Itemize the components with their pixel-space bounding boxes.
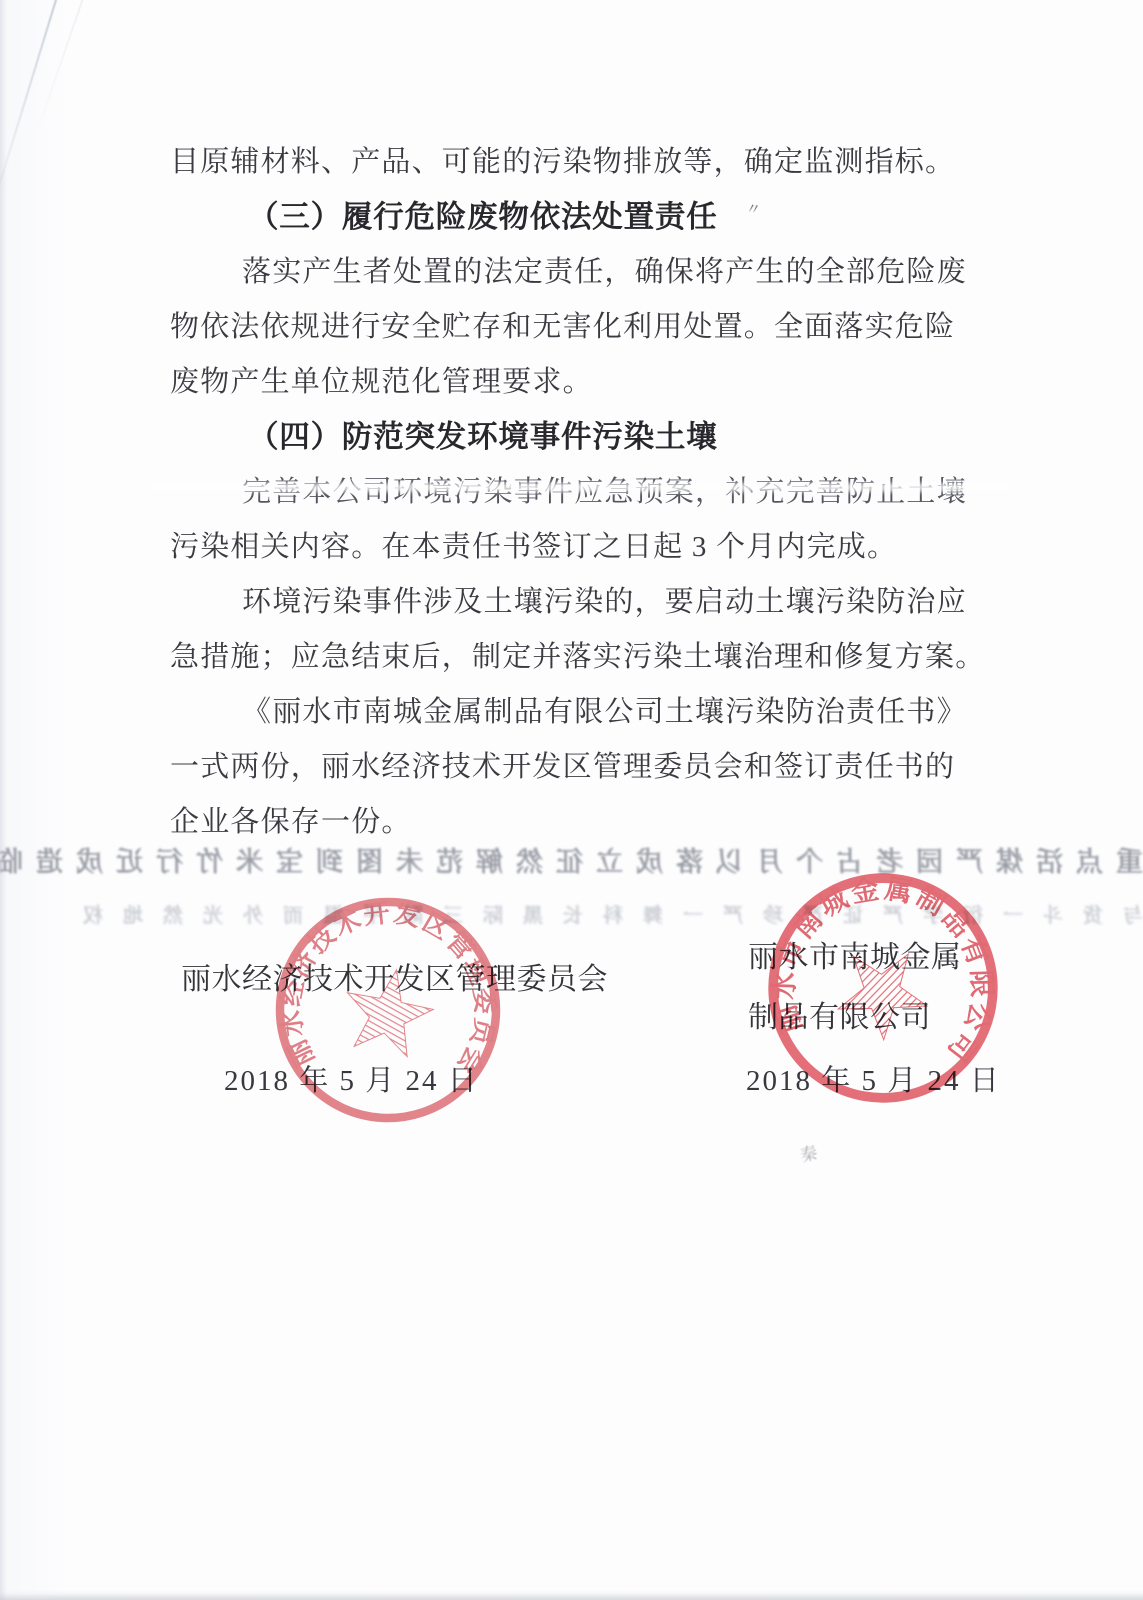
scanned-document-page: 目原辅材料、产品、可能的污染物排放等，确定监测指标。（三）履行危险废物依法处置责… [0, 0, 1143, 1600]
text-line: 急措施；应急结束后，制定并落实污染土壤治理和修复方案。 [170, 630, 986, 685]
document-body: 目原辅材料、产品、可能的污染物排放等，确定监测指标。（三）履行危险废物依法处置责… [170, 135, 986, 850]
text-line: 完善本公司环境污染事件应急预案，补充完善防止土壤 [170, 465, 986, 520]
text-line: 落实产生者处置的法定责任，确保将产生的全部危险废 [170, 245, 986, 300]
star-icon [824, 929, 945, 1049]
ink-smudge: 秦 [797, 1138, 820, 1166]
official-seal-left: 丽水经济技术开发区管理委员会 [265, 887, 511, 1133]
text-line: 污染相关内容。在本责任书签订之日起 3 个月内完成。 [170, 520, 986, 575]
text-line: （四）防范突发环境事件污染土壤 [170, 410, 986, 465]
text-line: 环境污染事件涉及土壤污染的，要启动土壤污染防治应 [170, 575, 986, 630]
text-line: 《丽水市南城金属制品有限公司土壤污染防治责任书》 [170, 685, 986, 740]
star-icon [338, 961, 440, 1059]
text-line: 一式两份，丽水经济技术开发区管理委员会和签订责任书的 [170, 740, 986, 795]
scan-bottom-edge [0, 1594, 1143, 1600]
scan-crease-line [0, 0, 60, 263]
scan-crease-line-2 [35, 0, 85, 136]
text-line: 目原辅材料、产品、可能的污染物排放等，确定监测指标。 [170, 135, 986, 190]
text-line: （三）履行危险废物依法处置责任 [170, 190, 986, 245]
stray-mark: 〃 [745, 197, 763, 220]
text-line: 废物产生单位规范化管理要求。 [170, 355, 986, 410]
official-seal-right: 丽水市南城金属制品有限公司 [745, 850, 1021, 1126]
text-line: 物依法依规进行安全贮存和无害化利用处置。全面落实危险 [170, 300, 986, 355]
text-line: 企业各保存一份。 [170, 795, 986, 850]
